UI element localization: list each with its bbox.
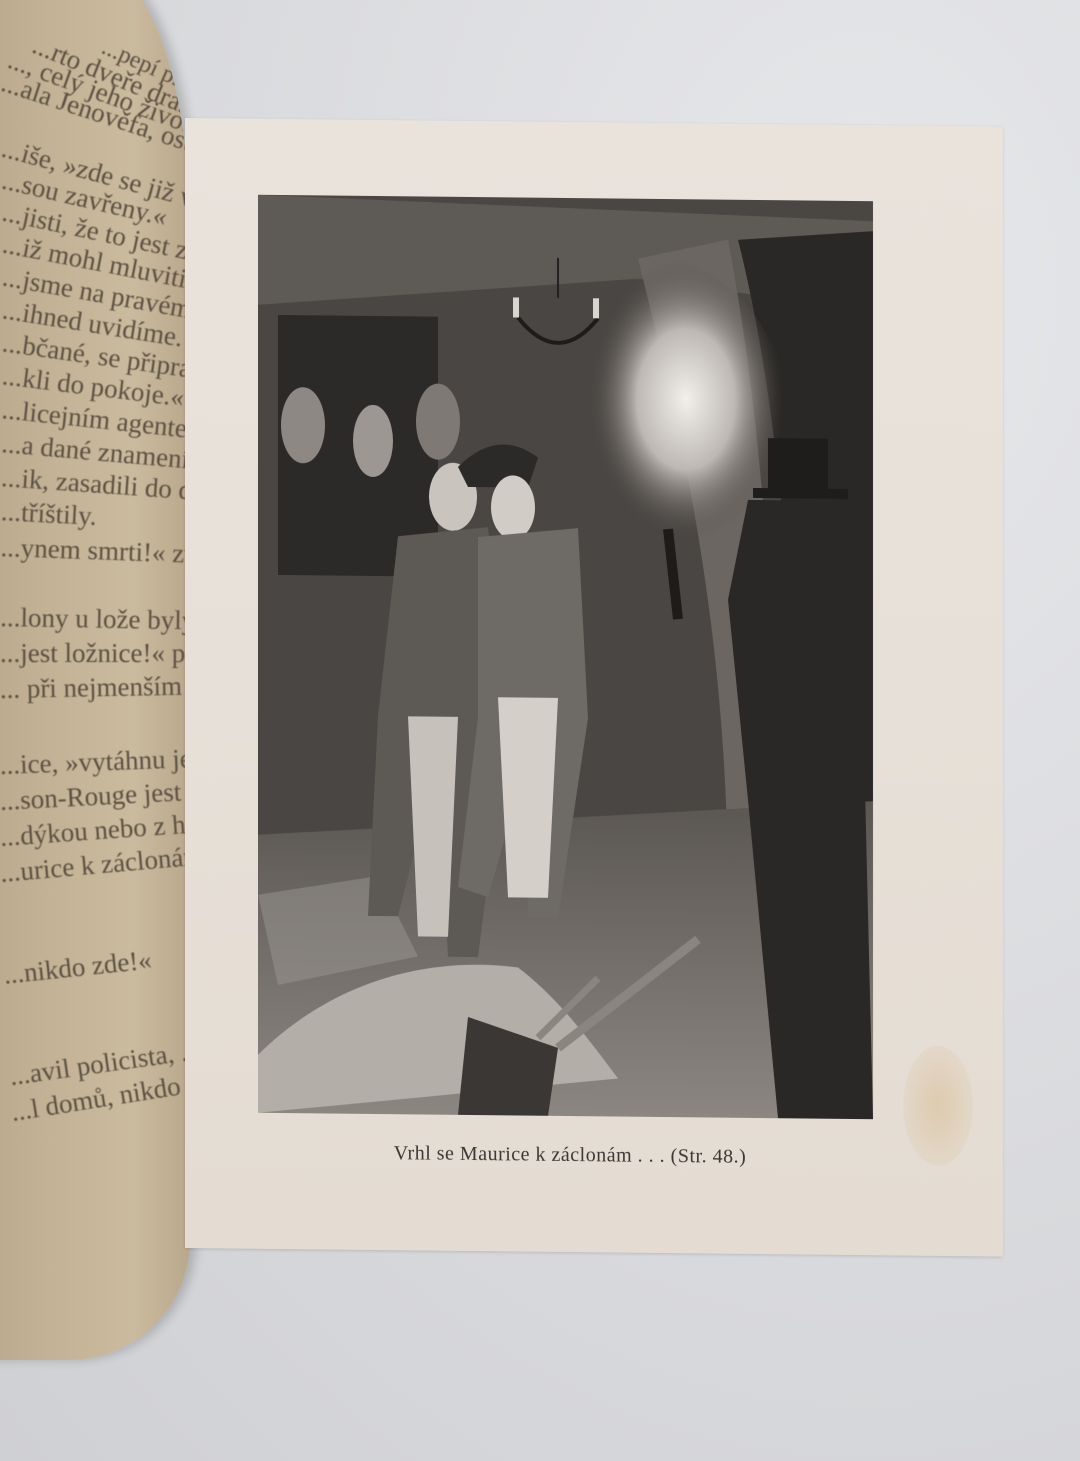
engraving-illustration xyxy=(258,195,873,1119)
text-line: ...jest ložnice!« praví... xyxy=(0,636,190,670)
facing-page-left: ...pepí před dveře... ...rto dveře drasc… xyxy=(0,0,190,1360)
paper-stain xyxy=(903,1046,973,1167)
text-line: ... při nejmenším zác... xyxy=(0,668,190,706)
text-line: ...ynem smrti!« zvolá... xyxy=(0,530,190,571)
facing-page-text: ...pepí před dveře... ...rto dveře drasc… xyxy=(0,0,190,1058)
engraving-scene-icon xyxy=(258,195,873,1119)
text-line: ...lony u lože byly sp... xyxy=(0,600,190,638)
text-line xyxy=(0,888,190,922)
illustration-caption: Vrhl se Maurice k záclonám . . . (Str. 4… xyxy=(330,1142,810,1170)
illustration-plate-page: Vrhl se Maurice k záclonám . . . (Str. 4… xyxy=(185,118,1003,1257)
